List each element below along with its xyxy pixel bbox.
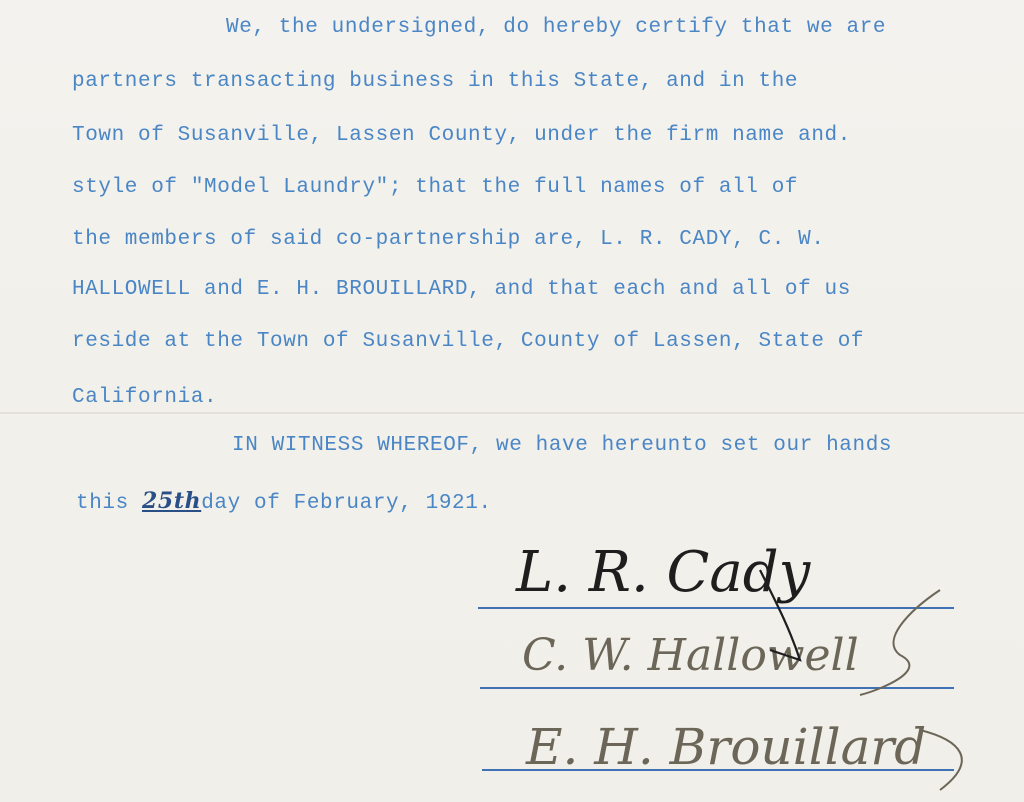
witness-line: IN WITNESS WHEREOF, we have hereunto set…	[232, 434, 892, 457]
paragraph-1-line-5: the members of said co-partnership are, …	[72, 228, 825, 251]
paragraph-1-line-8: California.	[72, 386, 217, 409]
paragraph-1-line-1: We, the undersigned, do hereby certify t…	[226, 16, 886, 39]
paragraph-1-line-3: Town of Susanville, Lassen County, under…	[72, 124, 851, 147]
paragraph-1-line-2: partners transacting business in this St…	[72, 70, 798, 93]
paragraph-1-line-7: reside at the Town of Susanville, County…	[72, 330, 864, 353]
handwritten-day: 25th	[142, 488, 201, 514]
paragraph-1-line-6: HALLOWELL and E. H. BROUILLARD, and that…	[72, 278, 851, 301]
paragraph-1-line-4: style of "Model Laundry"; that the full …	[72, 176, 798, 199]
date-suffix: day of February, 1921.	[201, 492, 491, 515]
date-prefix: this	[76, 492, 129, 515]
fold-crease	[0, 412, 1024, 414]
signature-flourishes	[460, 530, 1020, 802]
date-line: this 25thday of February, 1921.	[76, 488, 492, 515]
document-page: We, the undersigned, do hereby certify t…	[0, 0, 1024, 802]
